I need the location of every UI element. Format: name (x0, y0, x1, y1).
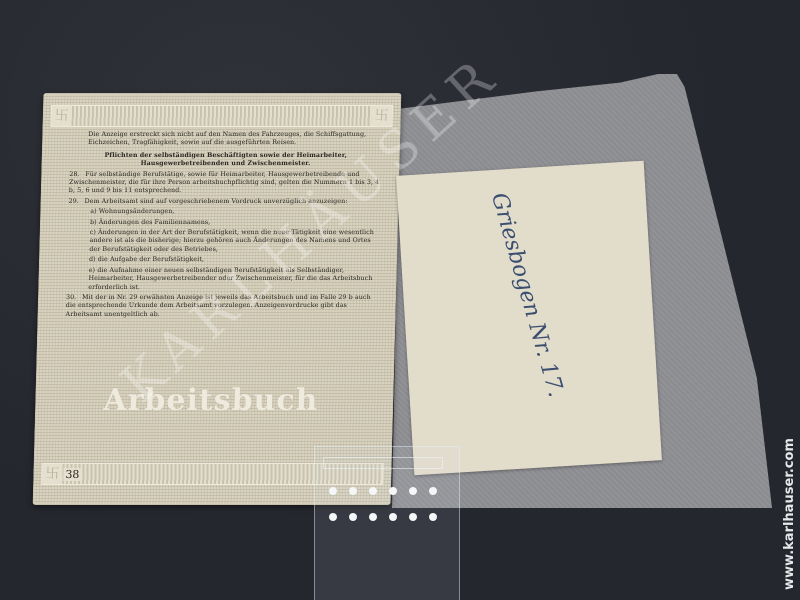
page-number: 38 (63, 468, 81, 481)
item-number: 28. (69, 171, 85, 179)
sub-letter: c) (90, 229, 96, 236)
sub-letter: e) (89, 267, 96, 274)
emblem-icon: 卐 (52, 106, 73, 126)
paragraph: Wohnungsänderungen, (99, 208, 175, 215)
paragraph: die Aufgabe der Berufstätigkeit, (98, 256, 204, 263)
item-number: 29. (68, 198, 84, 206)
sub-letter: a) (90, 208, 97, 215)
paragraph: Änderungen des Familiennamens, (99, 219, 211, 226)
sub-letter: d) (89, 256, 96, 263)
paragraph: Die Anzeige erstreckt sich nicht auf den… (70, 131, 382, 148)
sub-letter: b) (90, 219, 97, 226)
emblem-icon: 卐 (42, 464, 63, 484)
top-ornamental-border: 卐 卐 (51, 105, 394, 127)
item-number: 30. (66, 294, 82, 302)
website-watermark: www.karlhauser.com (782, 438, 797, 590)
acrylic-display-stand (314, 446, 460, 600)
